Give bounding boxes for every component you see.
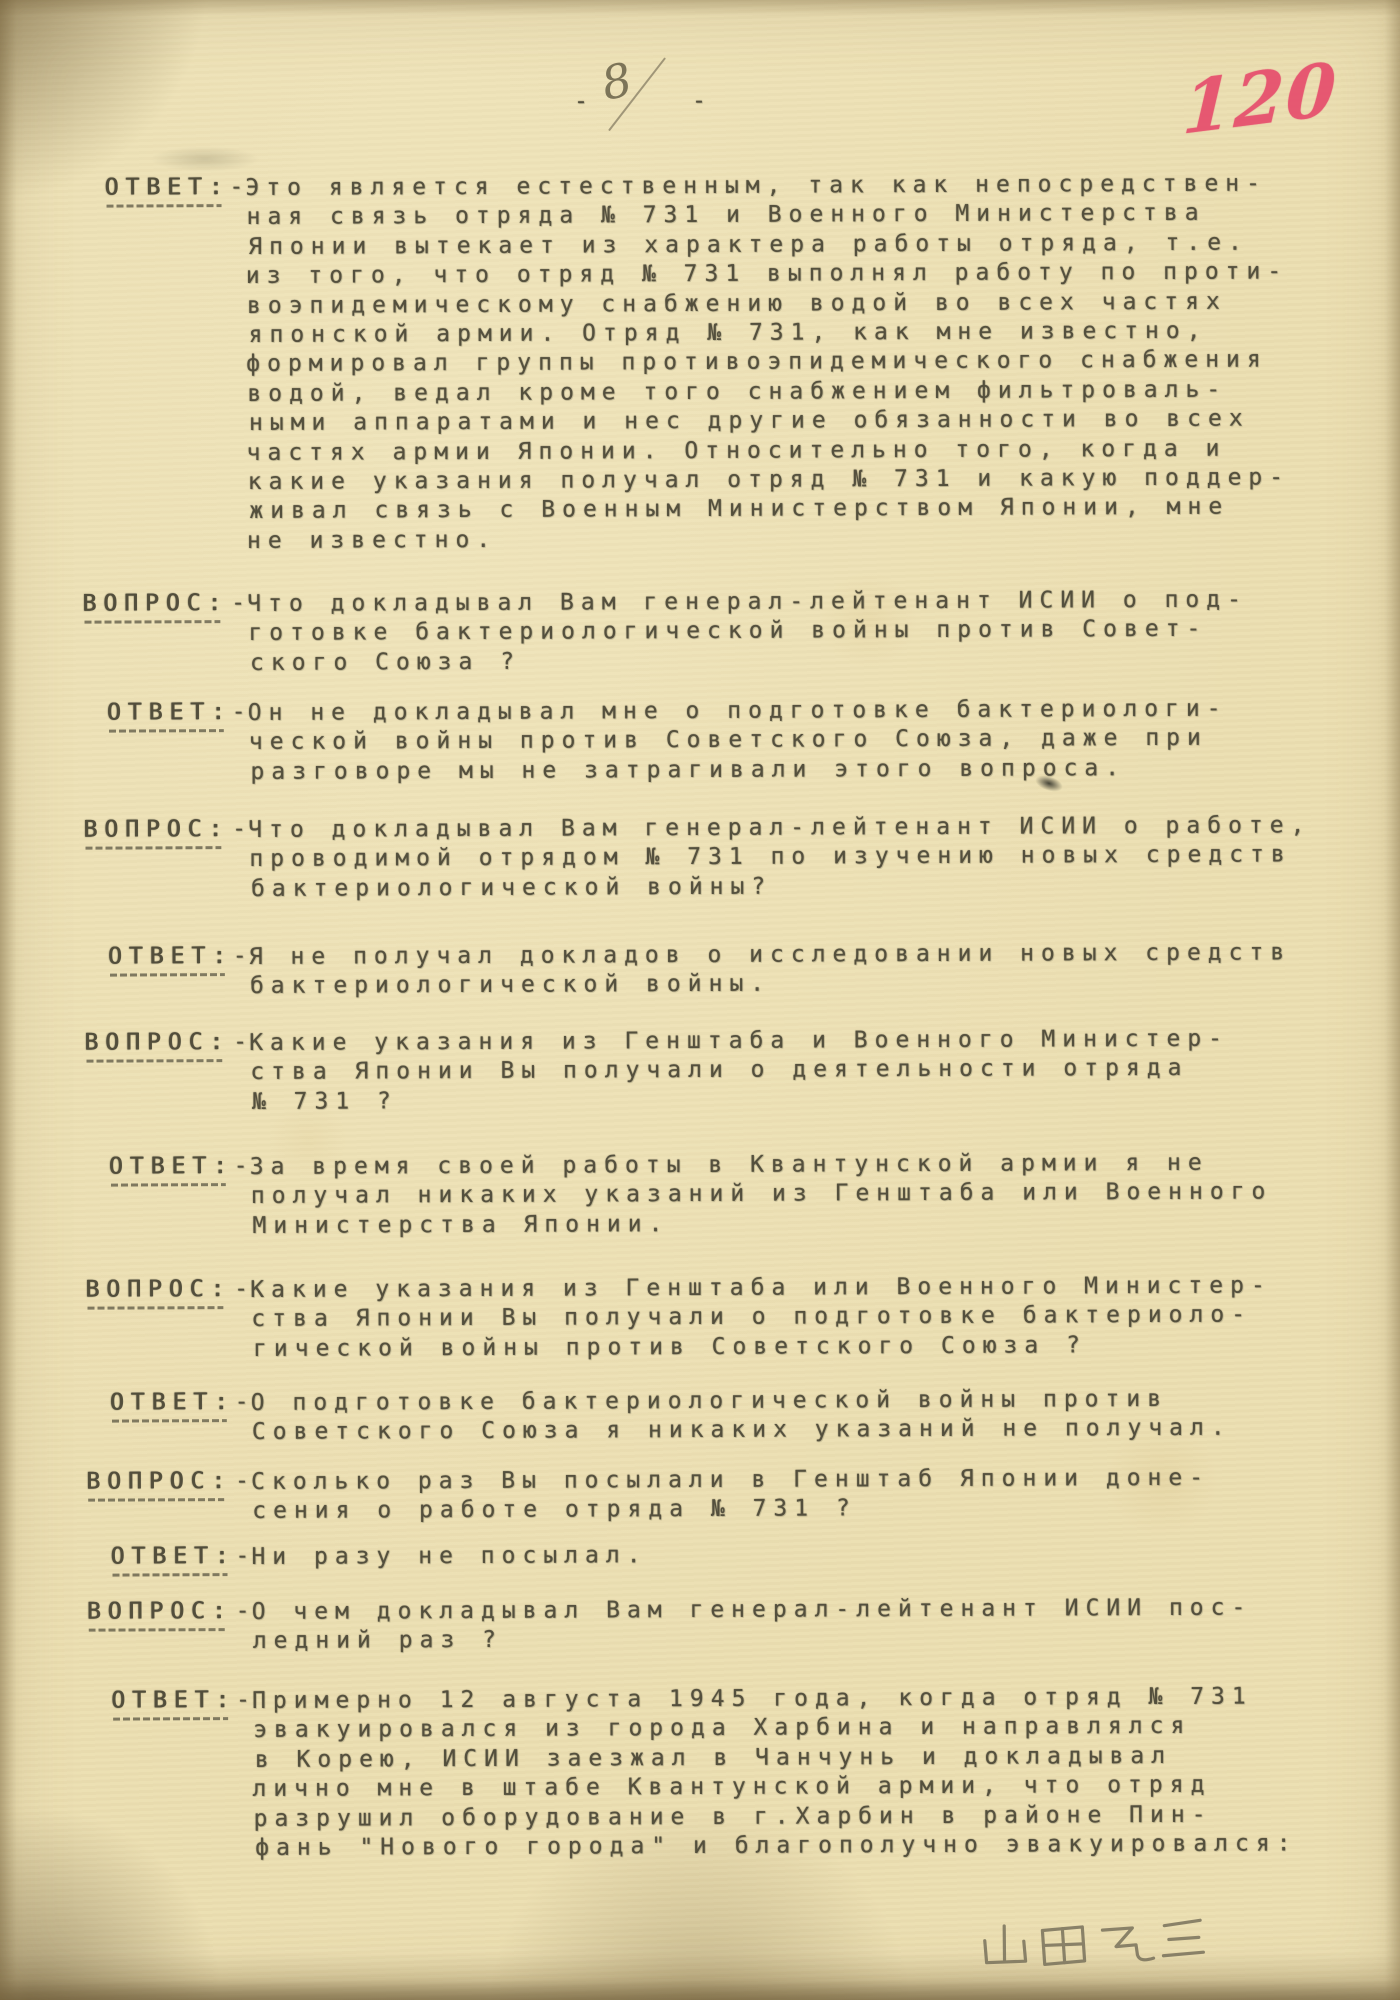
qa-line: ства Японии Вы получали о подготовке бак…: [251, 1301, 1273, 1335]
qa-body: Он не докладывал мне о подготовке бактер…: [249, 695, 1229, 787]
text-layer: - 8 - 120 ОТВЕТ:-Это является естественн…: [0, 0, 1400, 2000]
qa-line: частях армии Японии. Относительно того, …: [247, 434, 1289, 468]
qa-line: в Корею, ИСИИ заезжал в Чанчунь и доклад…: [255, 1741, 1297, 1775]
qa-block: ВОПРОС:-О чем докладывал Вам генерал-лей…: [3, 1593, 1400, 1599]
qa-line: За время своей работы в Квантунской арми…: [250, 1149, 1272, 1183]
qa-line: ческой войны против Советского Союза, да…: [249, 724, 1229, 758]
qa-block: ОТВЕТ:-Это является естественным, так ка…: [0, 169, 1396, 175]
qa-body: О чем докладывал Вам генерал-лейтенант И…: [253, 1594, 1254, 1657]
qa-speaker-label: ОТВЕТ:: [104, 174, 229, 201]
qa-body: Я не получал докладов о исследовании нов…: [250, 938, 1293, 1001]
qa-line: ная связь отряда № 731 и Военного Минист…: [247, 199, 1289, 233]
qa-speaker-label: ВОПРОС:: [87, 1598, 233, 1625]
qa-speaker-label: ОТВЕТ:: [108, 943, 233, 970]
qa-line: сения о работе отряда № 731 ?: [252, 1493, 1211, 1527]
qa-line: живал связь с Военным Министерством Япон…: [249, 493, 1291, 527]
qa-block: ВОПРОС:-Какие указания из Генштаба или В…: [1, 1271, 1400, 1277]
qa-line: О чем докладывал Вам генерал-лейтенант И…: [252, 1594, 1253, 1628]
qa-body: Какие указания из Генштаба и Военного Ми…: [250, 1025, 1230, 1117]
qa-line: японской армии. Отряд № 731, как мне изв…: [249, 316, 1291, 350]
qa-line: разрушил оборудование в г.Харбин в район…: [254, 1800, 1296, 1834]
qa-line: Министерства Японии.: [252, 1207, 1274, 1241]
qa-speaker-label: ВОПРОС:: [83, 816, 229, 843]
qa-line: Что докладывал Вам генерал-лейтенант ИСИ…: [248, 811, 1311, 845]
qa-line: фань "Нового города" и благополучно эвак…: [255, 1829, 1297, 1863]
qa-speaker-label: ВОПРОС:: [86, 1468, 232, 1495]
page-number-dash-left: -: [574, 88, 595, 114]
document-page: - 8 - 120 ОТВЕТ:-Это является естественн…: [0, 0, 1400, 2000]
qa-block: ОТВЕТ:-Ни разу не посылал.: [2, 1538, 1400, 1544]
qa-speaker-label: ОТВЕТ:: [107, 699, 232, 726]
qa-speaker-label: ВОПРОС:: [84, 1029, 230, 1056]
qa-body: О подготовке бактериологической войны пр…: [252, 1385, 1232, 1448]
qa-body: За время своей работы в Квантунской арми…: [251, 1149, 1273, 1242]
qa-line: № 731 ?: [252, 1083, 1232, 1117]
qa-line: Я не получал докладов о исследовании нов…: [249, 938, 1291, 972]
qa-line: Какие указания из Генштаба и Военного Ми…: [249, 1025, 1229, 1059]
qa-line: воэпидемическому снабжению водой во всех…: [247, 287, 1289, 321]
qa-line: Ни разу не посылал.: [251, 1541, 647, 1572]
qa-body: Что докладывал Вам генерал-лейтенант ИСИ…: [248, 586, 1249, 679]
qa-line: разговоре мы не затрагивали этого вопрос…: [250, 753, 1230, 787]
qa-line: ства Японии Вы получали о деятельности о…: [250, 1054, 1230, 1088]
qa-line: из того, что отряд № 731 выполнял работу…: [246, 258, 1288, 292]
qa-block: ОТВЕТ:-Примерно 12 августа 1945 года, ко…: [3, 1682, 1400, 1688]
qa-line: эвакуировался из города Харбина и направ…: [253, 1712, 1295, 1746]
qa-line: Японии вытекает из характера работы отря…: [248, 228, 1290, 262]
qa-block: ВОПРОС:-Какие указания из Генштаба и Вое…: [0, 1024, 1400, 1030]
qa-speaker-label: ОТВЕТ:: [109, 1153, 234, 1180]
qa-line: Какие указания из Генштаба или Военного …: [250, 1272, 1272, 1306]
qa-speaker-label: ОТВЕТ:: [110, 1389, 235, 1416]
qa-body: Какие указания из Генштаба или Военного …: [251, 1272, 1273, 1365]
red-archive-number: 120: [1181, 45, 1340, 151]
qa-line: ского Союза ?: [250, 644, 1251, 678]
qa-speaker-label: ОТВЕТ:: [111, 1687, 236, 1714]
qa-block: ОТВЕТ:-Он не докладывал мне о подготовке…: [0, 694, 1399, 700]
qa-body: Что докладывал Вам генерал-лейтенант ИСИ…: [249, 811, 1313, 904]
qa-speaker-label: ВОПРОС:: [85, 1276, 231, 1303]
qa-line: готовке бактериологической войны против …: [248, 615, 1249, 649]
qa-block: ВОПРОС:-Что докладывал Вам генерал-лейте…: [0, 811, 1399, 817]
qa-line: Сколько раз Вы посылали в Генштаб Японии…: [251, 1464, 1210, 1498]
qa-line: какие указания получал отряд № 731 и как…: [248, 463, 1290, 497]
qa-list: ОТВЕТ:-Это является естественным, так ка…: [0, 0, 1396, 3]
qa-line: Советского Союза я никаких указаний не п…: [252, 1414, 1232, 1448]
qa-line: Это является естественным, так как непос…: [245, 169, 1287, 203]
qa-body: Примерно 12 августа 1945 года, когда отр…: [253, 1682, 1296, 1863]
signature-kanji: [978, 1912, 1220, 1985]
qa-line: ными аппаратами и нес другие обязанности…: [249, 405, 1291, 439]
qa-block: ВОПРОС:-Что докладывал Вам генерал-лейте…: [0, 585, 1398, 591]
qa-speaker-label: ВОПРОС:: [82, 590, 228, 617]
qa-line: О подготовке бактериологической войны пр…: [251, 1385, 1231, 1419]
qa-body: Ни разу не посылал.: [252, 1541, 648, 1572]
qa-line: Примерно 12 августа 1945 года, когда отр…: [252, 1682, 1294, 1716]
qa-block: ВОПРОС:-Сколько раз Вы посылали в Геншта…: [2, 1463, 1400, 1469]
qa-line: формировал группы противоэпидемического …: [246, 346, 1288, 380]
qa-speaker-label: ОТВЕТ:: [110, 1543, 235, 1570]
qa-line: проводимой отрядом № 731 по изучению нов…: [249, 841, 1312, 875]
qa-line: не известно.: [247, 522, 1289, 556]
qa-line: гической войны против Советского Союза ?: [253, 1330, 1275, 1364]
qa-line: получал никаких указаний из Генштаба или…: [251, 1178, 1273, 1212]
qa-block: ОТВЕТ:-Я не получал докладов о исследова…: [0, 938, 1400, 944]
qa-line: лично мне в штабе Квантунской армии, что…: [252, 1771, 1294, 1805]
qa-line: Он не докладывал мне о подготовке бактер…: [248, 695, 1228, 729]
qa-block: ОТВЕТ:-О подготовке бактериологической в…: [2, 1384, 1400, 1390]
qa-line: Что докладывал Вам генерал-лейтенант ИСИ…: [247, 586, 1248, 620]
qa-line: водой, ведал кроме того снабжением фильт…: [247, 375, 1289, 409]
qa-body: Сколько раз Вы посылали в Генштаб Японии…: [252, 1464, 1211, 1527]
qa-line: бактериологической войны.: [250, 968, 1292, 1002]
qa-body: Это является естественным, так как непос…: [246, 169, 1290, 556]
qa-block: ОТВЕТ:-За время своей работы в Квантунск…: [1, 1148, 1400, 1154]
page-number-dash-right: -: [692, 88, 713, 114]
qa-line: бактериологической войны?: [251, 870, 1314, 904]
qa-line: ледний раз ?: [253, 1623, 1254, 1657]
